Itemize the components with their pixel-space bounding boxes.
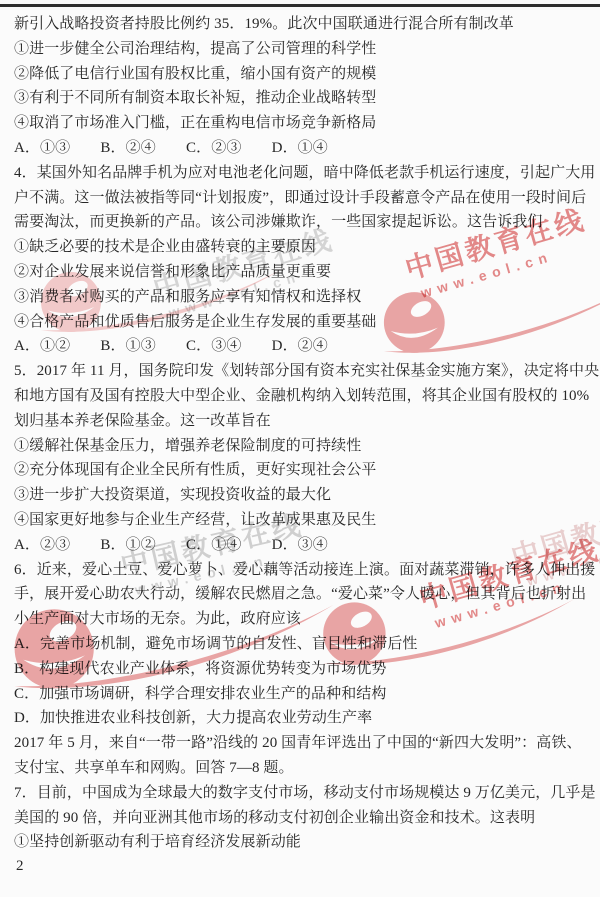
question-7: 7．目前，中国成为全球最大的数字支付市场，移动支付市场规模达 9 万亿美元，几乎… xyxy=(14,781,594,855)
text-line: ①进一步健全公司治理结构，提高了公司管理的科学性 xyxy=(14,37,594,62)
text-line: 7．目前，中国成为全球最大的数字支付市场，移动支付市场规模达 9 万亿美元，几乎… xyxy=(14,781,594,806)
text-line: 支付宝、共享单车和网购。回答 7—8 题。 xyxy=(14,756,594,781)
question-6: 6．近来，爱心土豆、爱心萝卜、爱心藕等活动接连上演。面对蔬菜滞销，许多人伸出援手… xyxy=(14,558,594,732)
text-line: ④国家更好地参与企业生产经营，让改革成果惠及民生 xyxy=(14,508,594,533)
text-line: C．加强市场调研，科学合理安排农业生产的品种和结构 xyxy=(14,682,594,707)
text-line: ①缓解社保基金压力，增强养老保险制度的可持续性 xyxy=(14,434,594,459)
text-line: 和地方国有及国有控股大中型企业、金融机构纳入划转范围，将其企业国有股权的 10% xyxy=(14,384,594,409)
text-line: A．完善市场机制，避免市场调节的自发性、盲目性和滞后性 xyxy=(14,632,594,657)
text-line: ③消费者对购买的产品和服务应享有知情权和选择权 xyxy=(14,285,594,310)
text-line: 5．2017 年 11 月，国务院印发《划转部分国有资本充实社保基金实施方案》，… xyxy=(14,359,594,384)
document-body: 新引入战略投资者持股比例约 35．19%。此次中国联通进行混合所有制改革①进一步… xyxy=(14,12,594,855)
question-3-continued: 新引入战略投资者持股比例约 35．19%。此次中国联通进行混合所有制改革①进一步… xyxy=(14,12,594,161)
text-line: 2017 年 5 月，来自“一带一路”沿线的 20 国青年评选出了中国的“新四大… xyxy=(14,731,594,756)
text-line: 美国的 90 倍，并向亚洲其他市场的移动支付初创企业输出资金和技术。这表明 xyxy=(14,806,594,831)
page-top-rule xyxy=(0,4,600,7)
text-line: 手，展开爱心助农大行动，缓解农民燃眉之急。“爱心菜”令人暖心，但其背后也折射出 xyxy=(14,582,594,607)
text-line: ③进一步扩大投资渠道，实现投资收益的最大化 xyxy=(14,483,594,508)
page-number: 2 xyxy=(16,856,24,876)
text-line: 需要淘汰，而更换新的产品。该公司涉嫌欺诈，一些国家提起诉讼。这告诉我们 xyxy=(14,210,594,235)
text-line: 6．近来，爱心土豆、爱心萝卜、爱心藕等活动接连上演。面对蔬菜滞销，许多人伸出援 xyxy=(14,558,594,583)
passage-for-7-8: 2017 年 5 月，来自“一带一路”沿线的 20 国青年评选出了中国的“新四大… xyxy=(14,731,594,781)
text-line: 户不满。这一做法被指等同“计划报废”，即通过设计手段蓄意令产品在使用一段时间后 xyxy=(14,186,594,211)
text-line: 新引入战略投资者持股比例约 35．19%。此次中国联通进行混合所有制改革 xyxy=(14,12,594,37)
text-line: A．②③ B．①② C．①④ D．③④ xyxy=(14,533,594,558)
text-line: ②充分体现国有企业全民所有性质，更好实现社会公平 xyxy=(14,458,594,483)
text-line: 4．某国外知名品牌手机为应对电池老化问题，暗中降低老款手机运行速度，引起广大用 xyxy=(14,161,594,186)
exam-paper-page: 新引入战略投资者持股比例约 35．19%。此次中国联通进行混合所有制改革①进一步… xyxy=(0,0,600,897)
text-line: ②对企业发展来说信誉和形象比产品质量更重要 xyxy=(14,260,594,285)
text-line: ①缺乏必要的技术是企业由盛转衰的主要原因 xyxy=(14,235,594,260)
text-line: D．加快推进农业科技创新，大力提高农业劳动生产率 xyxy=(14,706,594,731)
text-line: 划归基本养老保险基金。这一改革旨在 xyxy=(14,409,594,434)
text-line: ④合格产品和优质售后服务是企业生存发展的重要基础 xyxy=(14,310,594,335)
question-4: 4．某国外知名品牌手机为应对电池老化问题，暗中降低老款手机运行速度，引起广大用户… xyxy=(14,161,594,359)
question-5: 5．2017 年 11 月，国务院印发《划转部分国有资本充实社保基金实施方案》，… xyxy=(14,359,594,557)
text-line: ①坚持创新驱动有利于培育经济发展新动能 xyxy=(14,830,594,855)
text-line: B．构建现代农业产业体系，将资源优势转变为市场优势 xyxy=(14,657,594,682)
text-line: ③有利于不同所有制资本取长补短，推动企业战略转型 xyxy=(14,86,594,111)
text-line: A．①② B．①③ C．③④ D．②④ xyxy=(14,334,594,359)
text-line: A．①③ B．②④ C．②③ D．①④ xyxy=(14,136,594,161)
text-line: 小生产面对大市场的无奈。为此，政府应该 xyxy=(14,607,594,632)
text-line: ④取消了市场准入门槛，正在重构电信市场竞争新格局 xyxy=(14,111,594,136)
text-line: ②降低了电信行业国有股权比重，缩小国有资产的规模 xyxy=(14,62,594,87)
